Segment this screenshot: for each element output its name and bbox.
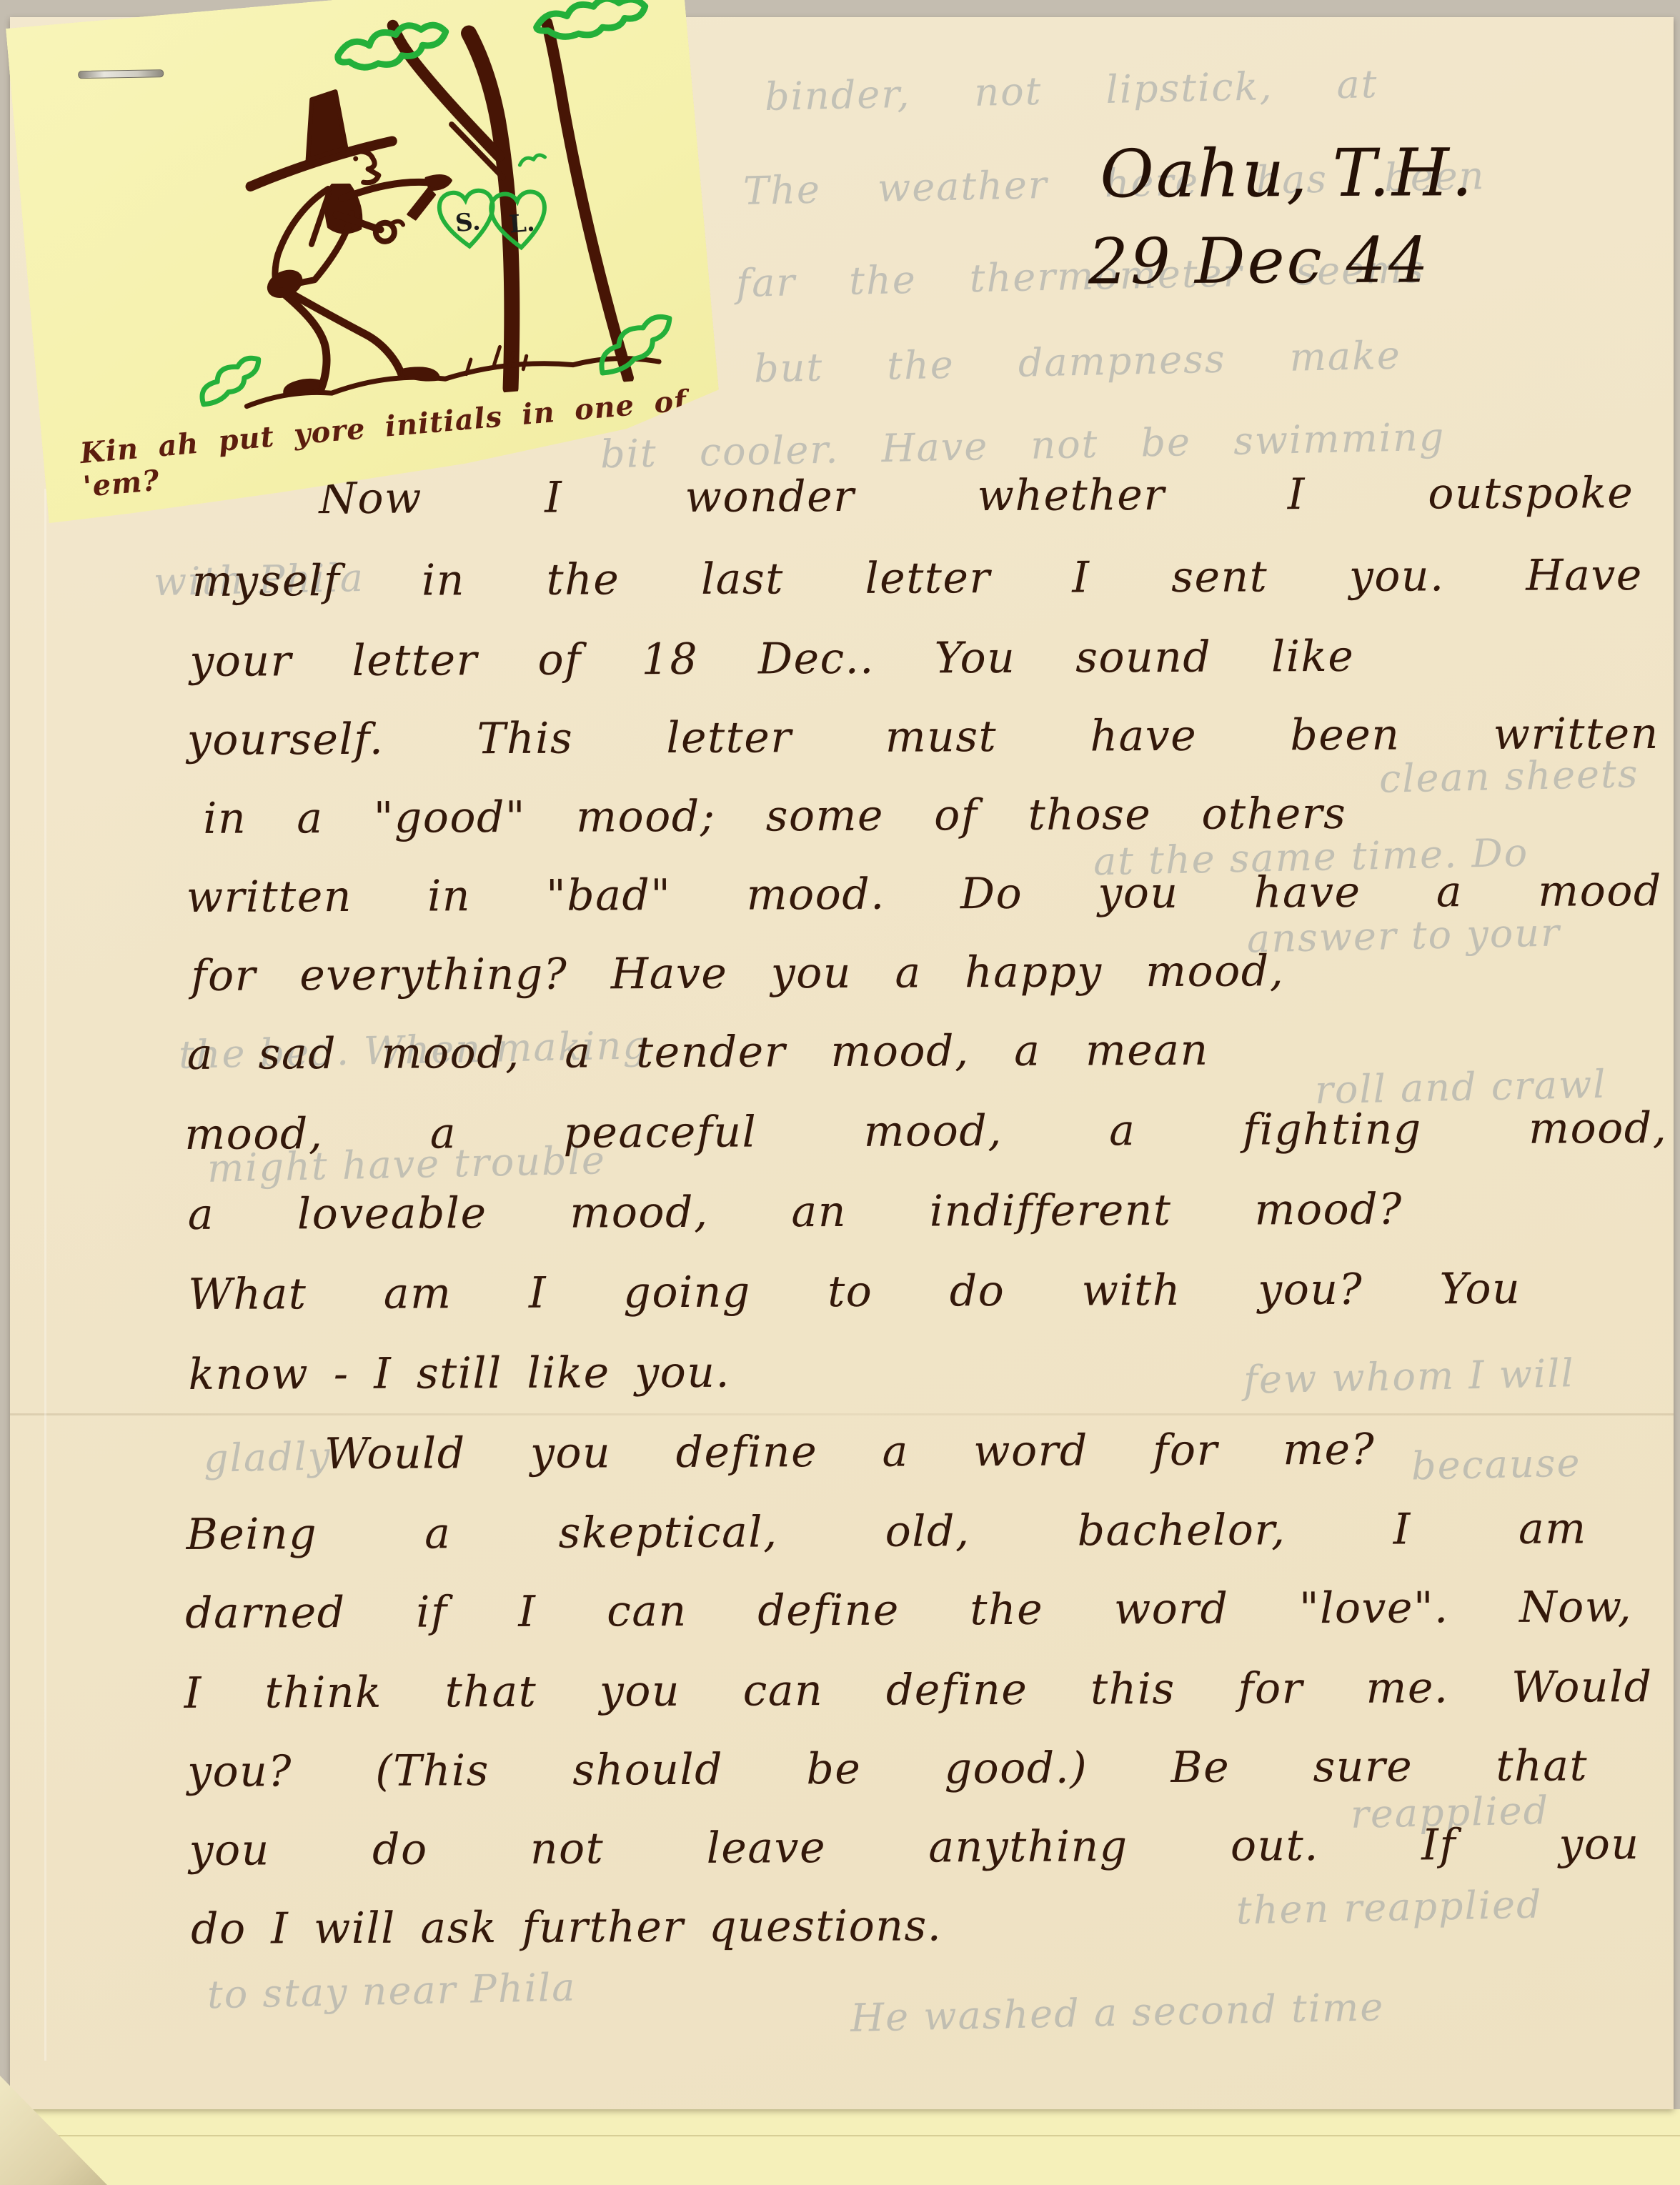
letter-line: written in "bad" mood. Do you have a moo… bbox=[187, 866, 1662, 922]
letter-line: myself in the last letter I sent you. Ha… bbox=[192, 550, 1643, 607]
letter-line: darned if I can define the word "love". … bbox=[185, 1582, 1632, 1638]
letter-line: mood, a peaceful mood, a fighting mood, bbox=[184, 1103, 1667, 1160]
hearts-initials: S. L. bbox=[438, 185, 548, 254]
letter-line: a loveable mood, an indifferent mood? bbox=[188, 1185, 1403, 1240]
letter-line: know - I still like you. bbox=[189, 1348, 731, 1400]
initial-right: L. bbox=[508, 209, 536, 239]
letter-line: in a "good" mood; some of those others bbox=[203, 789, 1346, 844]
hillbilly-figure bbox=[243, 82, 468, 397]
staple bbox=[78, 69, 164, 79]
letter-line: Would you define a word for me? bbox=[324, 1425, 1375, 1479]
initial-left: S. bbox=[454, 207, 482, 238]
letter-line: Being a skeptical, old, bachelor, I am bbox=[187, 1503, 1587, 1560]
hillbilly-cartoon: S. L. bbox=[77, 0, 710, 427]
letter-line: What am I going to do with you? You bbox=[188, 1264, 1521, 1320]
letter-line: a sad mood, a tender mood, a mean bbox=[187, 1025, 1209, 1080]
letter-line: for everything? Have you a happy mood, bbox=[191, 946, 1284, 1001]
letter-line: your letter of 18 Dec.. You sound like bbox=[189, 632, 1354, 687]
letter-line: yourself. This letter must have been wri… bbox=[187, 709, 1659, 765]
letter-line: I think that you can define this for me.… bbox=[184, 1662, 1653, 1718]
letter-line: you? (This should be good.) Be sure that bbox=[187, 1741, 1588, 1797]
scanned-letter-page: binder, not lipstick, at The weather her… bbox=[0, 0, 1680, 2185]
letter-line: Now I wonder whether I outspoke bbox=[319, 468, 1634, 524]
letter-location: Oahu, T.H. bbox=[1100, 134, 1474, 212]
letter-date: 29 Dec 44 bbox=[1088, 223, 1431, 298]
letter-line: you do not leave anything out. If you bbox=[189, 1819, 1639, 1876]
letter-line: do I will ask further questions. bbox=[191, 1901, 942, 1954]
